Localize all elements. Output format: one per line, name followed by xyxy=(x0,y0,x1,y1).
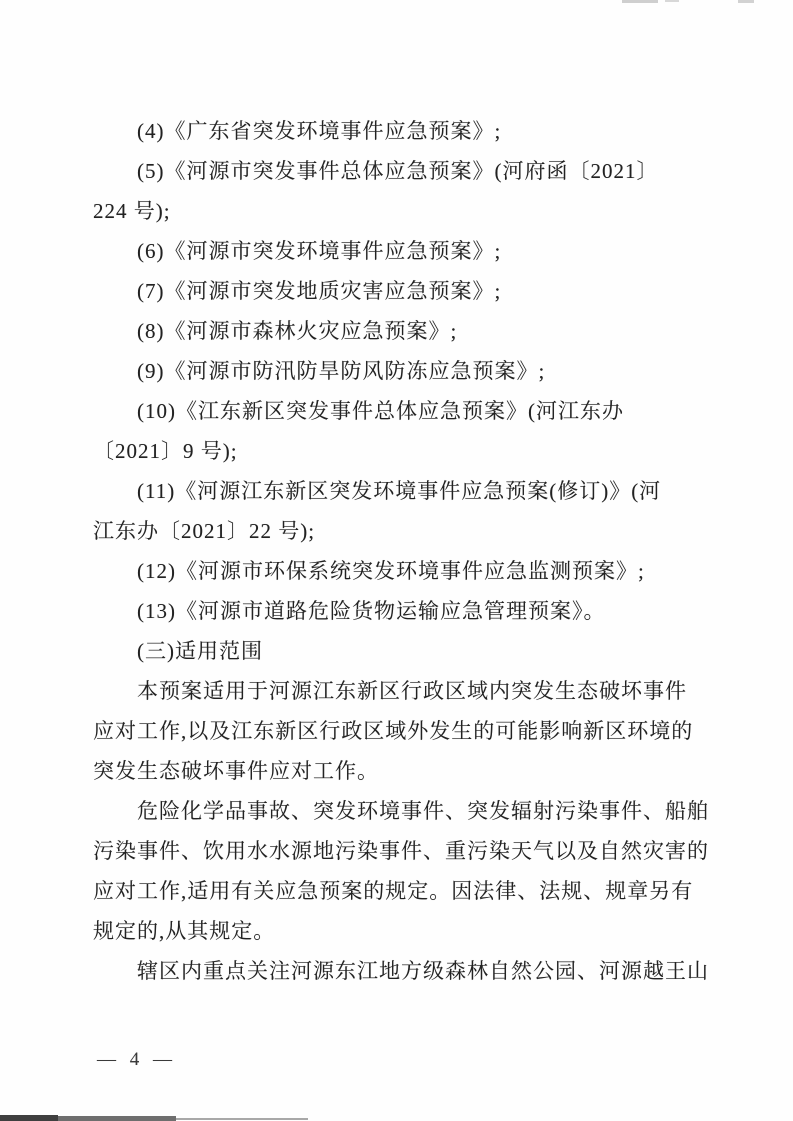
text-line: (6)《河源市突发环境事件应急预案》; xyxy=(93,231,707,271)
text-line: 污染事件、饮用水水源地污染事件、重污染天气以及自然灾害的 xyxy=(93,831,707,871)
text-line: 江东办〔2021〕22 号); xyxy=(93,511,707,551)
scan-artifact xyxy=(665,0,679,2)
scan-artifact xyxy=(738,0,754,3)
text-line: 224 号); xyxy=(93,191,707,231)
text-line: (10)《江东新区突发事件总体应急预案》(河江东办 xyxy=(93,391,707,431)
text-line: (7)《河源市突发地质灾害应急预案》; xyxy=(93,271,707,311)
text-line: 应对工作,适用有关应急预案的规定。因法律、法规、规章另有 xyxy=(93,871,707,911)
text-line: (8)《河源市森林火灾应急预案》; xyxy=(93,311,707,351)
text-line: 规定的,从其规定。 xyxy=(93,911,707,951)
scan-artifact xyxy=(176,1118,308,1120)
text-line: 突发生态破坏事件应对工作。 xyxy=(93,751,707,791)
document-page: (4)《广东省突发环境事件应急预案》; (5)《河源市突发事件总体应急预案》(河… xyxy=(0,0,793,1121)
text-line: (4)《广东省突发环境事件应急预案》; xyxy=(93,111,707,151)
text-line: (12)《河源市环保系统突发环境事件应急监测预案》; xyxy=(93,551,707,591)
text-line: 辖区内重点关注河源东江地方级森林自然公园、河源越王山 xyxy=(93,951,707,991)
scan-artifact xyxy=(622,0,658,3)
text-line: 本预案适用于河源江东新区行政区域内突发生态破坏事件 xyxy=(93,671,707,711)
section-heading: (三)适用范围 xyxy=(93,631,707,671)
text-line: (9)《河源市防汛防旱防风防冻应急预案》; xyxy=(93,351,707,391)
text-line: (5)《河源市突发事件总体应急预案》(河府函〔2021〕 xyxy=(93,151,707,191)
text-line: 危险化学品事故、突发环境事件、突发辐射污染事件、船舶 xyxy=(93,791,707,831)
scan-artifact xyxy=(58,1116,176,1121)
text-line: 〔2021〕9 号); xyxy=(93,431,707,471)
text-line: (13)《河源市道路危险货物运输应急管理预案》。 xyxy=(93,591,707,631)
scan-artifact xyxy=(0,1115,58,1121)
page-number: — 4 — xyxy=(97,1045,173,1075)
text-line: (11)《河源江东新区突发环境事件应急预案(修订)》(河 xyxy=(93,471,707,511)
document-body: (4)《广东省突发环境事件应急预案》; (5)《河源市突发事件总体应急预案》(河… xyxy=(93,111,707,991)
text-line: 应对工作,以及江东新区行政区域外发生的可能影响新区环境的 xyxy=(93,711,707,751)
